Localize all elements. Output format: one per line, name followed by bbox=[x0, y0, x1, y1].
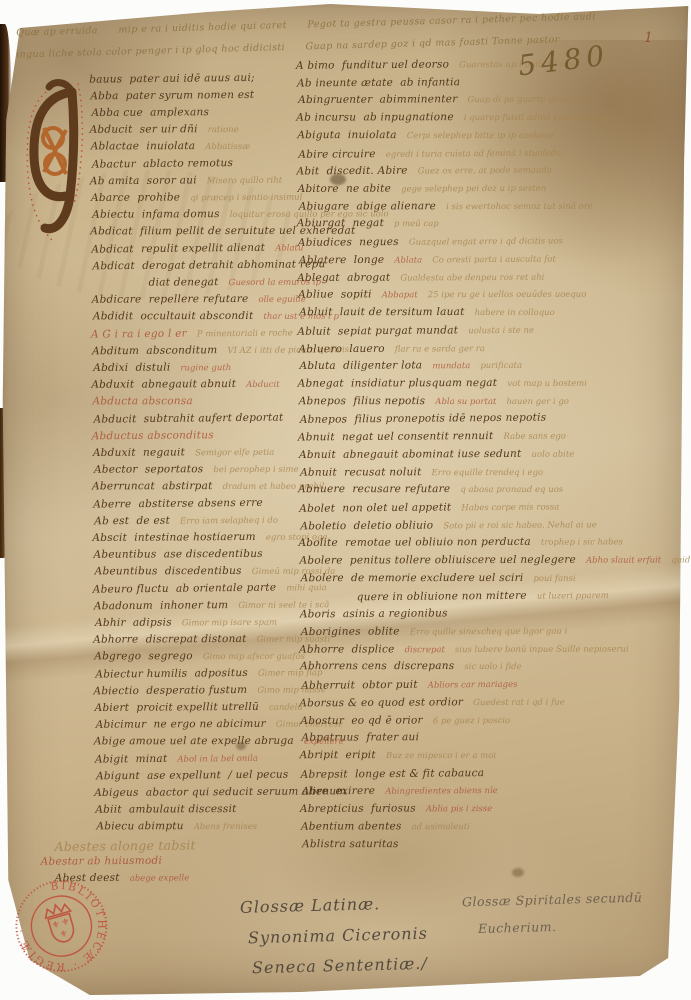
ink-spot bbox=[512, 868, 524, 877]
entry-lemma: Ab ineunte ætate ab infantia bbox=[297, 76, 460, 89]
entry-gloss: Rabe sans ego bbox=[503, 432, 565, 442]
entry-gloss: p meū cap bbox=[394, 220, 439, 230]
entry-gloss: q abosa pronaud eq uos bbox=[460, 485, 563, 495]
entry-lemma: A G i ra i ego l er bbox=[91, 328, 187, 341]
entry-gloss: Cerpi selephep bitte ip ip ozobese bbox=[407, 131, 554, 141]
entry-lemma: Abit discedit. Abire bbox=[296, 165, 407, 178]
entry-gloss: trophep i sic habes bbox=[541, 538, 623, 548]
entry-gloss: Semigor elfe petia bbox=[195, 448, 274, 459]
entry-gloss: mundata bbox=[432, 361, 470, 371]
entry-lemma: Ablatere longe bbox=[299, 254, 384, 267]
entry-gloss: egredi i turia cuista ad feminā i stuole… bbox=[386, 148, 561, 160]
entry-lemma: Abripit eripit bbox=[300, 749, 376, 761]
entry-lemma: Aboletio deletio obliuio bbox=[300, 519, 433, 532]
entry-gloss: quid t uo bbox=[671, 555, 691, 565]
entry-lemma: Abducit subtrahit aufert deportat bbox=[93, 412, 283, 426]
entry-gloss: Erro equille trendeq i ego bbox=[432, 467, 544, 477]
entry-gloss: Co oresti parta i ausculta fot bbox=[432, 254, 556, 265]
entry-lemma: Ab incursu ab inpugnatione bbox=[296, 111, 454, 123]
entry-gloss: purificata bbox=[480, 361, 522, 371]
glossary-entry: Abripit eripitBuz ze mipesco i er a moi bbox=[300, 749, 691, 767]
entry-lemma: Abiurgat negat bbox=[297, 218, 384, 230]
entry-lemma: Abhorre displice bbox=[299, 643, 395, 655]
entry-gloss: Erro quille sinexcheq que ligor gau i bbox=[410, 627, 568, 638]
glossary-entry: Abnuit abnegauit abominat iuse seduntuol… bbox=[299, 447, 691, 467]
glossary-entry: Abliue sopitiAbbapat25 ipe ru ge i uello… bbox=[298, 288, 691, 307]
entry-gloss: Abla su portat bbox=[435, 397, 496, 407]
entry-lemma: Abigit minat bbox=[95, 753, 168, 766]
entry-lemma: Abnuere recusare refutare bbox=[298, 483, 450, 495]
entry-lemma: Abductus absconditus bbox=[92, 429, 214, 442]
entry-gloss: habere in colloquo bbox=[475, 308, 555, 318]
entry-lemma: Abestes alonge tabsit bbox=[54, 837, 195, 854]
glossary-entry: Abolere de memorie excludere uel sciripo… bbox=[301, 572, 691, 590]
glossary-entry: Abnuit recusat noluitErro equille trende… bbox=[300, 465, 691, 484]
entry-lemma: Abnegat insidiatur plusquam negat bbox=[298, 377, 498, 390]
entry-lemma: Abiectur humilis adpositus bbox=[95, 667, 248, 681]
entry-lemma: Ab amita soror aui bbox=[90, 174, 197, 187]
entry-lemma: Abiguta inuiolata bbox=[297, 129, 396, 141]
entry-gloss: Abducit bbox=[246, 380, 279, 390]
entry-gloss: Misero quillo riht bbox=[207, 176, 282, 187]
manuscript-photo: Quæ ap erruida mip e ra i uiditis hodie … bbox=[0, 0, 691, 1000]
glossary-entry: Abiurgat negatp meū cap bbox=[297, 217, 690, 235]
entry-lemma: Aberruncat abstirpat bbox=[92, 480, 213, 492]
entry-lemma: Abdicat derogat detrahit abhominat repu bbox=[92, 258, 325, 272]
entry-gloss: qi præcep i sentio insimul bbox=[190, 193, 302, 204]
entry-lemma: Abnuit recusat noluit bbox=[300, 466, 421, 478]
entry-lemma: Abactur ablacto remotus bbox=[92, 157, 234, 171]
entry-lemma: Abitore ne abite bbox=[298, 183, 392, 195]
entry-lemma: Abigunt ase expellunt / uel pecus bbox=[96, 769, 289, 783]
entry-lemma: Abre exirere bbox=[302, 785, 376, 798]
entry-gloss: Guez ox erre, at pode semauda bbox=[418, 166, 552, 177]
entry-lemma: Abluit sepiat purgat mundat bbox=[297, 324, 458, 338]
entry-gloss: ad usimaleuti bbox=[412, 822, 470, 832]
entry-gloss: rugine guth bbox=[180, 363, 231, 373]
glossary-column-right: A bimo funditur uel deorsoGuarestas up i… bbox=[296, 57, 691, 856]
glossary-entry: Abiguta inuiolataCerpi selephep bitte ip… bbox=[297, 129, 690, 147]
entry-gloss: i quarep fuisti admō epualde i puo bbox=[464, 113, 612, 123]
entry-gloss: sic uolo i fide bbox=[464, 662, 521, 672]
glossary-entry: Abnegat insidiatur plusquam negatvot map… bbox=[298, 376, 691, 395]
entry-lemma: Abrepticius furiosus bbox=[300, 803, 416, 816]
entry-lemma: Abolet non olet uel appetit bbox=[299, 501, 451, 514]
glossary-entry: Abolere penitus tollere obliuiscere uel … bbox=[300, 554, 691, 573]
entry-lemma: Abrepsit longe est & fit cabauca bbox=[301, 767, 485, 781]
entry-gloss: abege expelle bbox=[130, 873, 190, 883]
entry-gloss: 25 ipe ru ge i uellos oeuūdes uoequo bbox=[428, 290, 587, 300]
entry-lemma: Abdixi distuli bbox=[93, 361, 170, 374]
decorated-initial-A bbox=[20, 78, 100, 252]
entry-lemma: Abducta absconsa bbox=[92, 395, 193, 407]
entry-gloss: Ablata bbox=[394, 255, 422, 265]
entry-lemma: Abnepos filius nepotis bbox=[299, 395, 426, 407]
glossary-entry: Abiugare abige alienarei sis ewertohoc s… bbox=[299, 199, 691, 218]
entry-lemma: Abolite remotae uel obliuio non perducta bbox=[298, 536, 530, 549]
entry-lemma: Abostur eo qd ē orior bbox=[300, 714, 422, 727]
glossary-entry: Abhorrens cens discrepanssic uolo i fide bbox=[300, 660, 691, 678]
entry-lemma: Abditum absconditum bbox=[92, 344, 217, 357]
entry-lemma: Abeuntibus ase discedentibus bbox=[93, 548, 262, 561]
entry-lemma: Abhorrens cens discrepans bbox=[300, 660, 454, 672]
entry-lemma: Abdicare repellere refutare bbox=[92, 293, 249, 306]
entry-gloss: Guap di pa guarip go zanith bbox=[467, 95, 587, 106]
entry-lemma: Abgrego segrego bbox=[94, 650, 193, 662]
glossary-entry: Abluit lauit de tersitum lauathabere in … bbox=[299, 306, 691, 324]
entry-lemma: Abduxit negauit bbox=[93, 446, 185, 459]
entry-gloss: Abingredientes abiens nīe bbox=[385, 786, 498, 797]
entry-gloss: Gimo mip afscor guafos bbox=[203, 652, 305, 662]
entry-gloss: Buz ze mipesco i er a moi bbox=[386, 751, 496, 761]
entry-lemma: Abiudices negues bbox=[298, 236, 399, 249]
entry-gloss: vot map u bostemi bbox=[507, 379, 587, 389]
glossary-entry: Abolite remotae uel obliuio non perducta… bbox=[298, 535, 691, 555]
entry-gloss: Abliors car mariages bbox=[428, 680, 518, 691]
glossary-entry: Abest deestabege expelle bbox=[55, 870, 394, 889]
entry-lemma: Aborigines oblite bbox=[301, 625, 400, 638]
entry-lemma: Abingruenter abimminenter bbox=[298, 94, 457, 107]
entry-lemma: Abentium abentes bbox=[301, 820, 402, 832]
entry-gloss: Abens frenises bbox=[194, 822, 257, 832]
entry-lemma: Abiit ambulauit discessit bbox=[95, 803, 236, 816]
entry-gloss: uolusta i ste ne bbox=[468, 325, 534, 336]
entry-gloss: hauen ger i go bbox=[506, 397, 568, 407]
entry-lemma: Abnuit abnegauit abominat iuse sedunt bbox=[299, 448, 522, 461]
entry-gloss: Guazquel engat erre i qd dicitis uos bbox=[409, 237, 563, 248]
entry-lemma: Abpatruus frater aui bbox=[301, 732, 419, 744]
entry-lemma: Abestar ab huiusmodi bbox=[41, 855, 163, 868]
glossary-entry: Abnuere recusare refutareq abosa pronaud… bbox=[298, 483, 691, 501]
interlace-knot bbox=[43, 128, 66, 174]
entry-lemma: Abducit ser uir dñi bbox=[90, 123, 198, 136]
svg-text:⚜: ⚜ bbox=[60, 917, 71, 929]
glossary-entry: Ablegat abrogatGualdestu abe denpeu ros … bbox=[297, 270, 690, 290]
title-inscription-eucherium: Eucherium. bbox=[478, 919, 557, 936]
entry-lemma: Abduxit abnegauit abnuit bbox=[91, 378, 236, 391]
glossary-entry: Abluta diligenter lotamundatapurificata bbox=[299, 358, 691, 378]
glossary-entry: Abitore ne abitegege selephep pei dez u … bbox=[298, 181, 691, 201]
entry-lemma: Abnuit negat uel consentit rennuit bbox=[298, 430, 494, 443]
entry-lemma: Abeuntibus discedentibus bbox=[95, 565, 242, 577]
glossary-entry: Abingruenter abimminenterGuap di pa guar… bbox=[298, 92, 691, 112]
glossary-entry: Aborigines obliteErro quille sinexcheq q… bbox=[301, 624, 691, 644]
entry-lemma: diat denegat bbox=[149, 276, 219, 288]
entry-lemma: Abiectio desperatio fustum bbox=[93, 684, 247, 697]
entry-gloss: Guedest rat i qd i fue bbox=[473, 697, 565, 708]
entry-lemma: Abiecu abimptu bbox=[96, 820, 183, 832]
entry-gloss: Gimor mip isare spam bbox=[182, 618, 277, 629]
entry-gloss: 6 pe guez i poscio bbox=[433, 716, 510, 726]
glossary-entry: Ab incursu ab inpugnationei quarep fuist… bbox=[296, 111, 689, 130]
entry-lemma: Abluta diligenter lota bbox=[299, 360, 422, 373]
glossary-entry: Abpatruus frater aui bbox=[301, 731, 691, 750]
entry-gloss: candela bbox=[269, 703, 303, 713]
entry-gloss: uolo abite bbox=[531, 449, 574, 459]
entry-lemma: A bimo funditur uel deorso bbox=[296, 58, 449, 71]
glossary-entry: Abrepticius furiosusAblia pis i zisse bbox=[300, 801, 691, 821]
entry-lemma: Abeuro fluctu ab orientale parte bbox=[93, 582, 277, 596]
entry-lemma: Abdicat repulit expellit alienat bbox=[91, 242, 265, 256]
entry-lemma: bauus pater aui idē auus aui; bbox=[89, 72, 255, 86]
entry-gloss: ut luzeri pparem bbox=[537, 590, 609, 601]
entry-gloss: P minentoriali e roche bbox=[197, 328, 293, 339]
entry-lemma: Abluit lauit de tersitum lauat bbox=[299, 306, 464, 318]
entry-lemma: Abba pater syrum nomen est bbox=[90, 89, 254, 102]
svg-text:⚜: ⚜ bbox=[51, 920, 62, 932]
title-inscription-glossae-latinae: Glossæ Latinæ. bbox=[240, 894, 381, 917]
entry-lemma: Abolere de memorie excludere uel sciri bbox=[301, 572, 524, 584]
entry-lemma: Abire circuire bbox=[298, 148, 375, 161]
entry-lemma: Aborsus & eo quod est ordior bbox=[299, 696, 463, 709]
entry-lemma: Abnepos filius pronepotis idē nepos nepo… bbox=[300, 412, 547, 426]
stamp-legend-text: BIBLIOTHECÆ · REGIÆ · bbox=[4, 869, 118, 983]
entry-gloss: Abbatissæ bbox=[205, 142, 250, 152]
entry-gloss: poui fansi bbox=[533, 574, 575, 584]
glossary-entry: Ablistra saturitas bbox=[302, 837, 691, 855]
entry-gloss: gege selephep pei dez u ip sesten bbox=[401, 184, 546, 195]
entry-lemma: Abliue sopiti bbox=[298, 289, 372, 301]
entry-gloss: ratione bbox=[208, 125, 239, 135]
entry-gloss: Gualdestu abe denpeu ros ret ahi bbox=[400, 272, 544, 283]
entry-lemma: Ab est de est bbox=[94, 515, 170, 528]
folio-number: 1 bbox=[644, 30, 653, 46]
entry-gloss: Abho slauit erfuit bbox=[586, 556, 661, 566]
entry-lemma: Abba cue amplexans bbox=[91, 106, 209, 119]
entry-lemma: Ablegat abrogat bbox=[297, 271, 390, 283]
entry-lemma: Abarce prohibe bbox=[91, 191, 180, 204]
entry-lemma: Abherruit obtor puit bbox=[301, 679, 418, 692]
entry-gloss: Abbapat bbox=[382, 291, 418, 301]
entry-lemma: Abiectu infama domus bbox=[92, 208, 220, 221]
entry-lemma: Abscit intestinae hostiaerum bbox=[92, 531, 256, 544]
entry-lemma: Abicimur ne ergo ne abicimur bbox=[96, 718, 266, 731]
entry-lemma: Abolere penitus tollere obliuiscere uel … bbox=[300, 554, 577, 567]
entry-gloss: Habes corpe mis rossa bbox=[461, 502, 559, 513]
entry-lemma: Abadonum inhoner tum bbox=[94, 599, 229, 612]
glossary-entry: Abostur eo qd ē orior6 pe guez i poscio bbox=[300, 713, 691, 733]
entry-lemma: Abector seportatos bbox=[94, 463, 204, 476]
entry-lemma: Abiert proicit expellit utrellū bbox=[95, 701, 259, 714]
entry-gloss: Abol in la bel onila bbox=[177, 754, 258, 765]
entry-gloss: sius lubere bonū inpue Suille nepioserui bbox=[455, 644, 629, 655]
svg-text:⚜: ⚜ bbox=[59, 929, 70, 941]
entry-gloss: flar ra e sarda ger ra bbox=[395, 344, 485, 355]
entry-lemma: Abiugare abige alienare bbox=[299, 200, 436, 212]
glossary-entry: Abhorre displicediscrepatsius lubere bon… bbox=[299, 642, 691, 661]
entry-lemma: quere in obliuione non mittere bbox=[357, 589, 527, 603]
entry-gloss: beì perophep i sime bbox=[213, 465, 298, 475]
entry-lemma: Abhir adipsis bbox=[95, 616, 172, 629]
entry-lemma: Ablactae inuiolata bbox=[91, 140, 196, 152]
entry-lemma: Abdidit occultauit abscondit bbox=[93, 310, 254, 322]
entry-lemma: Aboris asinis a regionibus bbox=[300, 608, 448, 621]
entry-lemma: Abige amoue uel ate expelle abruga bbox=[94, 735, 294, 748]
stamp-legend: BIBLIOTHECÆ · REGIÆ · bbox=[4, 869, 118, 983]
entry-lemma: Abhorre discrepat distonat bbox=[93, 633, 246, 646]
entry-lemma: Abluero lauero bbox=[298, 342, 384, 355]
entry-lemma: Aberre abstiterse absens erre bbox=[93, 497, 263, 511]
entry-gloss: Soto pii e roi sic habeo. Nehal ai ue bbox=[443, 520, 597, 531]
entry-gloss: discrepat bbox=[405, 645, 445, 655]
entry-gloss: i sis ewertohoc semoz tut sinā ore bbox=[446, 201, 593, 211]
entry-gloss: Erro iam selapheq i do bbox=[180, 516, 278, 527]
glossary-entry: Abentium abentesad usimaleuti bbox=[301, 819, 691, 838]
entry-lemma: Ablistra saturitas bbox=[302, 838, 399, 850]
entry-gloss: Ablia pis i zisse bbox=[426, 804, 492, 814]
